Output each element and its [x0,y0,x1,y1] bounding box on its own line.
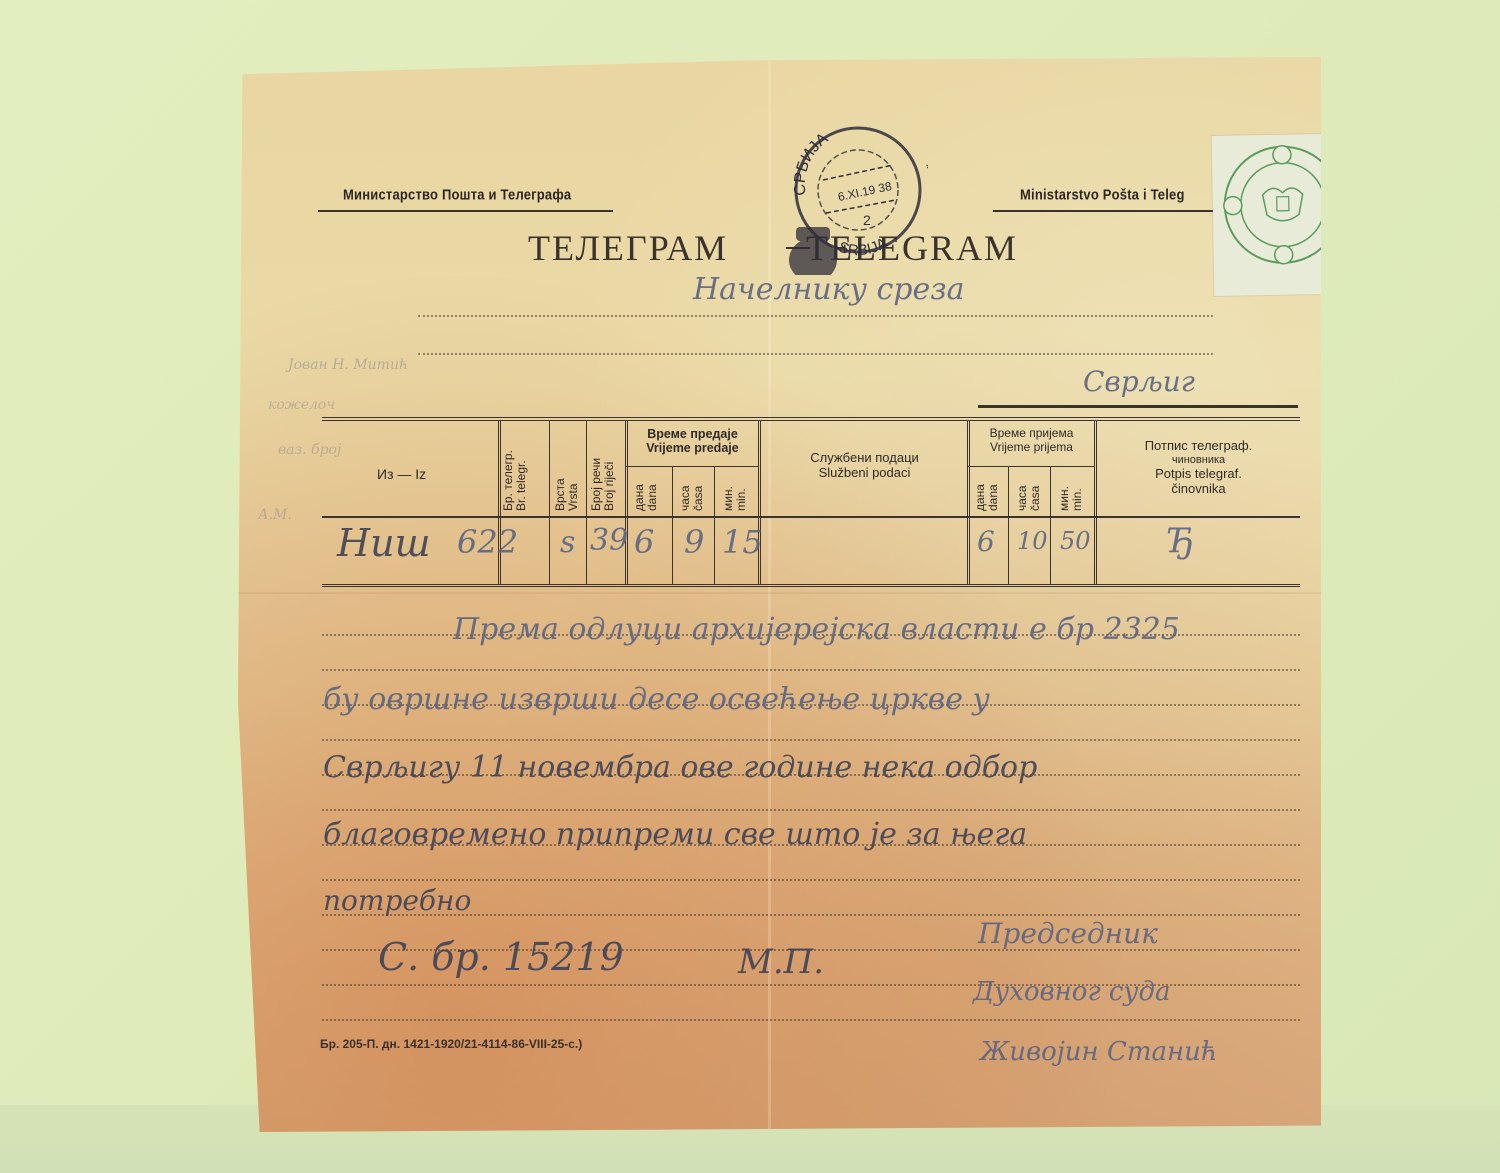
message-line [322,739,1300,741]
message-line [322,809,1300,811]
header-recv-hour: часаčasa [1016,485,1041,511]
header-recv-time: Време пријемаVrijeme prijema [969,427,1094,455]
stamp-eagle-icon [1212,134,1325,296]
paper-fold-horizontal [238,592,1321,594]
value-sent-day: 6 [634,523,654,561]
message-line [322,879,1300,881]
header-from: Из — Iz [377,466,426,482]
value-sent-min: 15 [722,523,763,561]
header-official-data: Службени подациSlužbeni podaci [762,451,967,481]
value-from: Ниш [337,521,431,565]
message-line-text: Сврљигу 11 новембра ове године нека одбо… [323,750,1037,785]
postmark-icon: СРБИЈА 6.XI.19 38 2 SRBIJA * [778,125,928,275]
value-sent-hour: 9 [684,523,704,561]
header-type: ВрстаVrsta [554,478,579,511]
header-sent-day: данаdana [633,484,658,511]
place-rule [978,405,1298,408]
header-sent-hour: часаčasa [679,485,704,511]
table-header-divider [322,516,1300,518]
ministry-heading-latin: Ministarstvo Pošta i Teleg [1020,186,1185,203]
reference-number: С. бр. 15219 [378,935,624,979]
message-line [322,669,1300,671]
address-line-1 [418,315,1213,317]
margin-note: А.М. [258,507,292,523]
ministry-rule-cyrillic [318,210,613,212]
margin-note: кожелоч [268,397,335,413]
header-sent-min: мин.min. [722,486,747,511]
svg-text:6.XI.19 38: 6.XI.19 38 [837,179,894,204]
postmark: СРБИЈА 6.XI.19 38 2 SRBIJA * [778,125,928,275]
col-divider [586,421,587,584]
telegram-paper: Министарство Пошта и Телеграфа Ministars… [238,57,1321,1132]
seal-mark: М.П. [738,942,824,982]
header-telegram-no: Бр. телегр.Br. telegr. [502,450,527,511]
value-type: s [560,525,575,560]
col-divider [714,466,715,584]
message-line-text: благовремено припреми све што је за њега [323,817,1027,852]
value-recv-min: 50 [1060,527,1091,555]
place-handwritten: Сврљиг [1083,365,1195,398]
address-line-2 [418,353,1213,355]
value-words: 39 [590,523,628,558]
value-signature: Ђ [1167,521,1194,561]
ministry-heading-cyrillic: Министарство Пошта и Телеграфа [343,186,571,203]
svg-text:2: 2 [863,212,871,228]
value-recv-hour: 10 [1017,527,1048,555]
header-words: Број речиBroj riječi [590,458,615,511]
ministry-rule-latin [993,210,1213,212]
recipient-handwritten: Начелнику среза [693,272,965,307]
svg-text:SRBIJA: SRBIJA [837,234,891,259]
signature-line: Духовног суда [973,977,1170,1007]
header-recv-min: мин.min. [1058,486,1083,511]
sent-time-divider [625,466,758,467]
margin-note: Јован Н. Митић [288,357,408,373]
signature-line: Председник [978,917,1158,950]
col-divider [672,466,673,584]
svg-text:СРБИЈА: СРБИЈА [792,130,832,196]
message-line-text: Према одлуци архијерејска власти е бр 23… [453,612,1180,647]
header-recv-day: данаdana [974,484,999,511]
col-divider [1050,466,1051,584]
recv-time-divider [967,466,1094,467]
message-line-text: потребно [323,884,471,917]
postage-stamp [1212,134,1325,296]
header-sent-time: Време предајеVrijeme predaje [627,427,758,456]
print-note: Бр. 205-П. дн. 1421-1920/21-4114-86-VIII… [320,1037,582,1051]
value-recv-day: 6 [977,525,995,558]
message-line-text: бу овршне изврши десе освећење цркве у [323,682,990,717]
value-telegram-no: 622 [457,523,518,561]
col-divider [1008,466,1009,584]
svg-text:*: * [926,160,928,176]
message-line [322,1019,1300,1021]
col-divider [549,421,550,584]
telegram-form-table: Из — Iz Бр. телегр.Br. telegr. ВрстаVrst… [322,417,1300,587]
header-signature: Потпис телеграф. чиновника Potpis telegr… [1097,439,1300,496]
signature-line: Живојин Станић [980,1037,1218,1067]
title-cyrillic: ТЕЛЕГРАМ [528,227,728,269]
